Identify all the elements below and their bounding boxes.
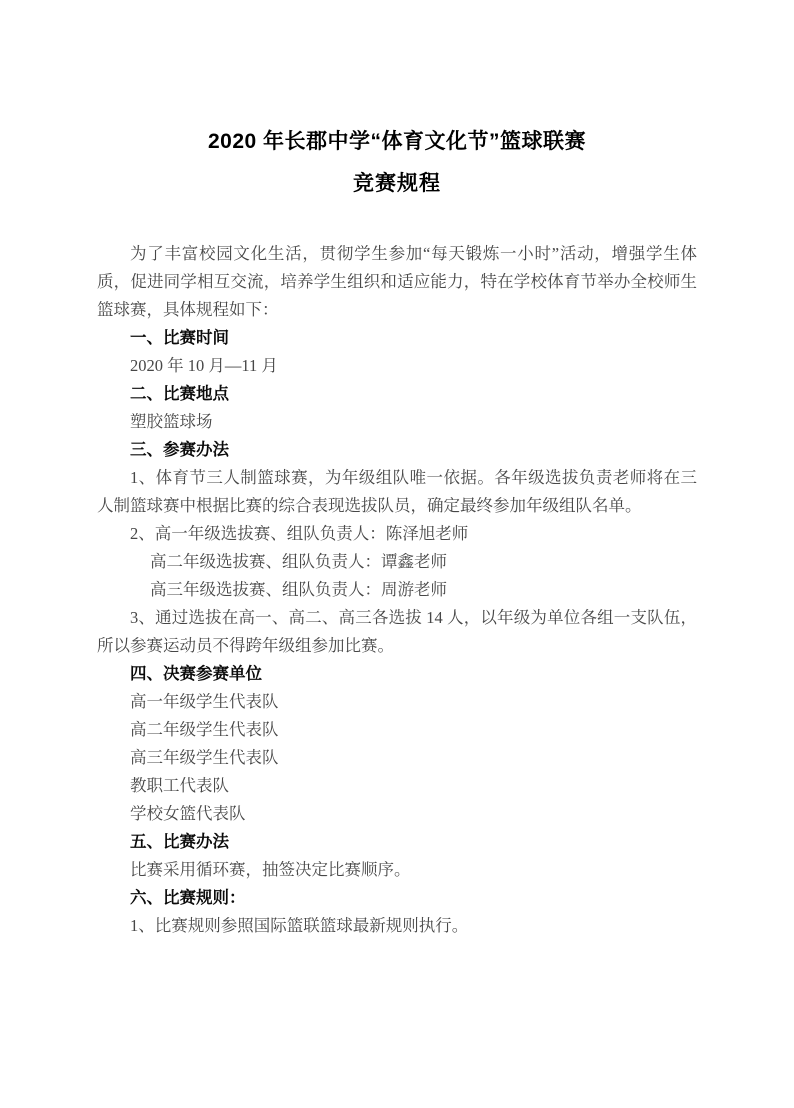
- entry-item-2-grade3: 高三年级选拔赛、组队负责人：周游老师: [97, 576, 697, 604]
- section-3-heading-entry: 三、参赛办法: [97, 436, 697, 464]
- entry-item-3: 3、通过选拔在高一、高二、高三各选拔 14 人，以年级为单位各组一支队伍，所以参…: [97, 604, 697, 660]
- document-title: 2020 年长郡中学“体育文化节”篮球联赛: [97, 128, 697, 156]
- intro-paragraph: 为了丰富校园文化生活，贯彻学生参加“每天锻炼一小时”活动，增强学生体质，促进同学…: [97, 240, 697, 324]
- rules-item-1: 1、比赛规则参照国际篮联篮球最新规则执行。: [97, 912, 697, 940]
- section-4-heading-finalists: 四、决赛参赛单位: [97, 660, 697, 688]
- section-6-heading-rules: 六、比赛规则：: [97, 884, 697, 912]
- document-content: 2020 年长郡中学“体育文化节”篮球联赛 竞赛规程 为了丰富校园文化生活，贯彻…: [0, 0, 794, 940]
- team-women: 学校女篮代表队: [97, 800, 697, 828]
- section-5-heading-format: 五、比赛办法: [97, 828, 697, 856]
- section-2-heading-venue: 二、比赛地点: [97, 380, 697, 408]
- document-page: 2020 年长郡中学“体育文化节”篮球联赛 竞赛规程 为了丰富校园文化生活，贯彻…: [0, 0, 794, 1108]
- match-date: 2020 年 10 月—11 月: [97, 352, 697, 380]
- team-staff: 教职工代表队: [97, 772, 697, 800]
- document-subtitle: 竞赛规程: [97, 170, 697, 198]
- entry-item-2-grade1: 2、高一年级选拔赛、组队负责人：陈泽旭老师: [97, 520, 697, 548]
- team-grade3: 高三年级学生代表队: [97, 744, 697, 772]
- section-1-heading-time: 一、比赛时间: [97, 324, 697, 352]
- team-grade2: 高二年级学生代表队: [97, 716, 697, 744]
- match-venue: 塑胶篮球场: [97, 408, 697, 436]
- team-grade1: 高一年级学生代表队: [97, 688, 697, 716]
- entry-item-1: 1、体育节三人制篮球赛，为年级组队唯一依据。各年级选拔负责老师将在三人制篮球赛中…: [97, 464, 697, 520]
- document-body: 为了丰富校园文化生活，贯彻学生参加“每天锻炼一小时”活动，增强学生体质，促进同学…: [97, 240, 697, 940]
- entry-item-2-grade2: 高二年级选拔赛、组队负责人：谭鑫老师: [97, 548, 697, 576]
- format-description: 比赛采用循环赛，抽签决定比赛顺序。: [97, 856, 697, 884]
